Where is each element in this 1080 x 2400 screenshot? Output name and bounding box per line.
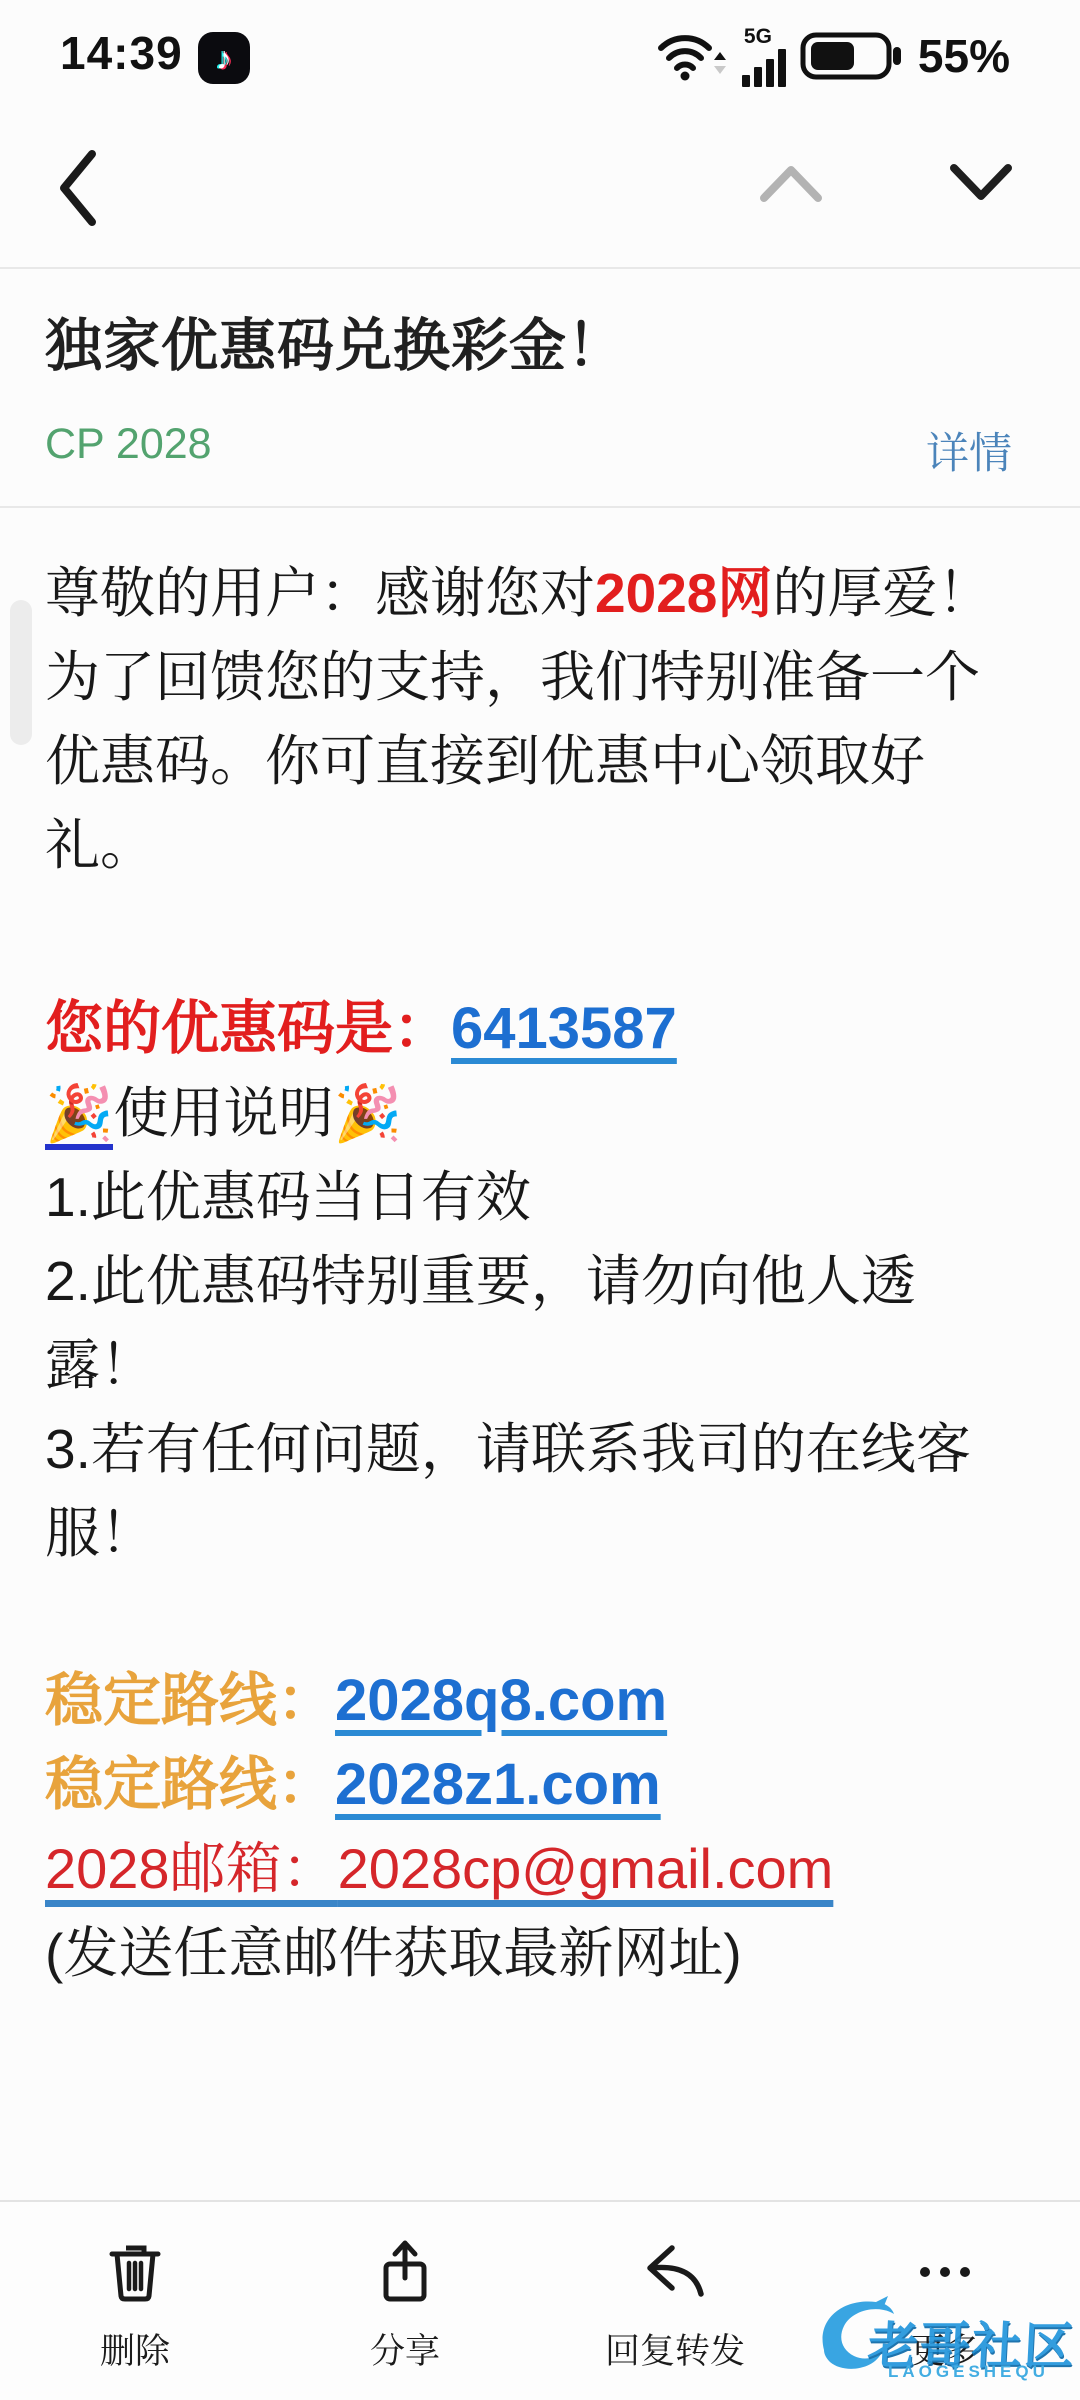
- details-link[interactable]: 详情: [926, 420, 1012, 481]
- usage-title-line: 🎉使用说明🎉: [45, 1071, 1010, 1155]
- greeting-paragraph: 尊敬的用户：感谢您对2028网的厚爱！为了回馈您的支持，我们特别准备一个优惠码。…: [45, 551, 1010, 887]
- status-bar: 14:39 ♪ 5G 55%: [0, 0, 1080, 100]
- greeting-prefix: 尊敬的用户：感谢您对: [45, 562, 595, 624]
- route-link[interactable]: 2028z1.com: [335, 1752, 661, 1817]
- email-subject: 独家优惠码兑换彩金！: [45, 300, 625, 382]
- rule-item: 3.若有任何问题，请联系我司的在线客服！: [45, 1407, 1010, 1575]
- mail-label: 2028邮箱：: [45, 1837, 338, 1900]
- party-popper-icon: 🎉: [334, 1082, 402, 1144]
- rule-item: 1.此优惠码当日有效: [45, 1155, 1010, 1239]
- delete-label: 删除: [100, 2324, 170, 2374]
- route-link[interactable]: 2028q8.com: [335, 1668, 667, 1733]
- delete-button[interactable]: 删除: [0, 2202, 270, 2400]
- tiktok-app-icon: ♪: [198, 32, 250, 84]
- mail-note: (发送任意邮件获取最新网址): [45, 1911, 1010, 1995]
- party-popper-icon: 🎉: [45, 1082, 113, 1150]
- reply-forward-label: 回复转发: [605, 2324, 745, 2374]
- previous-mail-icon[interactable]: [758, 162, 824, 204]
- clock: 14:39: [60, 26, 183, 80]
- share-label: 分享: [370, 2324, 440, 2374]
- network-type-label: 5G: [744, 26, 772, 47]
- route-label: 稳定路线：: [45, 1752, 335, 1817]
- next-mail-icon[interactable]: [948, 162, 1014, 204]
- status-icons: 5G 55%: [654, 24, 1010, 88]
- coupon-line: 您的优惠码是：6413587: [45, 987, 1010, 1071]
- body-divider: [0, 506, 1080, 508]
- scroll-indicator[interactable]: [10, 600, 32, 745]
- route-label: 稳定路线：: [45, 1668, 335, 1733]
- wifi-icon: [654, 30, 728, 82]
- share-icon: [372, 2238, 438, 2306]
- battery-icon: [800, 28, 904, 84]
- bottom-toolbar: 删除 分享 回复转发 更多: [0, 2200, 1080, 2400]
- email-reader-screen: 14:39 ♪ 5G 55%: [0, 0, 1080, 2400]
- more-label: 更多: [910, 2324, 980, 2374]
- battery-percent-label: 55%: [918, 29, 1010, 83]
- coupon-code-link[interactable]: 6413587: [451, 996, 677, 1061]
- route-line: 稳定路线：2028q8.com: [45, 1659, 1010, 1743]
- signal-bars-icon: [742, 49, 786, 87]
- mail-contact-link[interactable]: 2028邮箱：2028cp@gmail.com: [45, 1837, 833, 1900]
- route-line: 稳定路线：2028z1.com: [45, 1743, 1010, 1827]
- back-icon[interactable]: [56, 148, 100, 228]
- trash-icon: [102, 2238, 168, 2306]
- more-dots-icon: [912, 2238, 978, 2306]
- cellular-signal: 5G: [742, 26, 786, 87]
- coupon-label: 您的优惠码是：: [45, 996, 451, 1061]
- usage-title: 使用说明: [113, 1082, 333, 1144]
- reply-icon: [640, 2238, 710, 2306]
- brand-highlight: 2028网: [595, 562, 772, 624]
- mail-address: 2028cp@gmail.com: [338, 1837, 834, 1900]
- music-note-icon: ♪: [216, 40, 232, 77]
- nav-bar: [0, 100, 1080, 267]
- sender-name[interactable]: CP 2028: [45, 420, 212, 469]
- share-button[interactable]: 分享: [270, 2202, 540, 2400]
- more-button[interactable]: 更多: [810, 2202, 1080, 2400]
- mail-contact-line: 2028邮箱：2028cp@gmail.com: [45, 1827, 1010, 1911]
- email-body: 尊敬的用户：感谢您对2028网的厚爱！为了回馈您的支持，我们特别准备一个优惠码。…: [45, 551, 1010, 1995]
- header-divider: [0, 267, 1080, 269]
- rule-item: 2.此优惠码特别重要，请勿向他人透露！: [45, 1239, 1010, 1407]
- reply-forward-button[interactable]: 回复转发: [540, 2202, 810, 2400]
